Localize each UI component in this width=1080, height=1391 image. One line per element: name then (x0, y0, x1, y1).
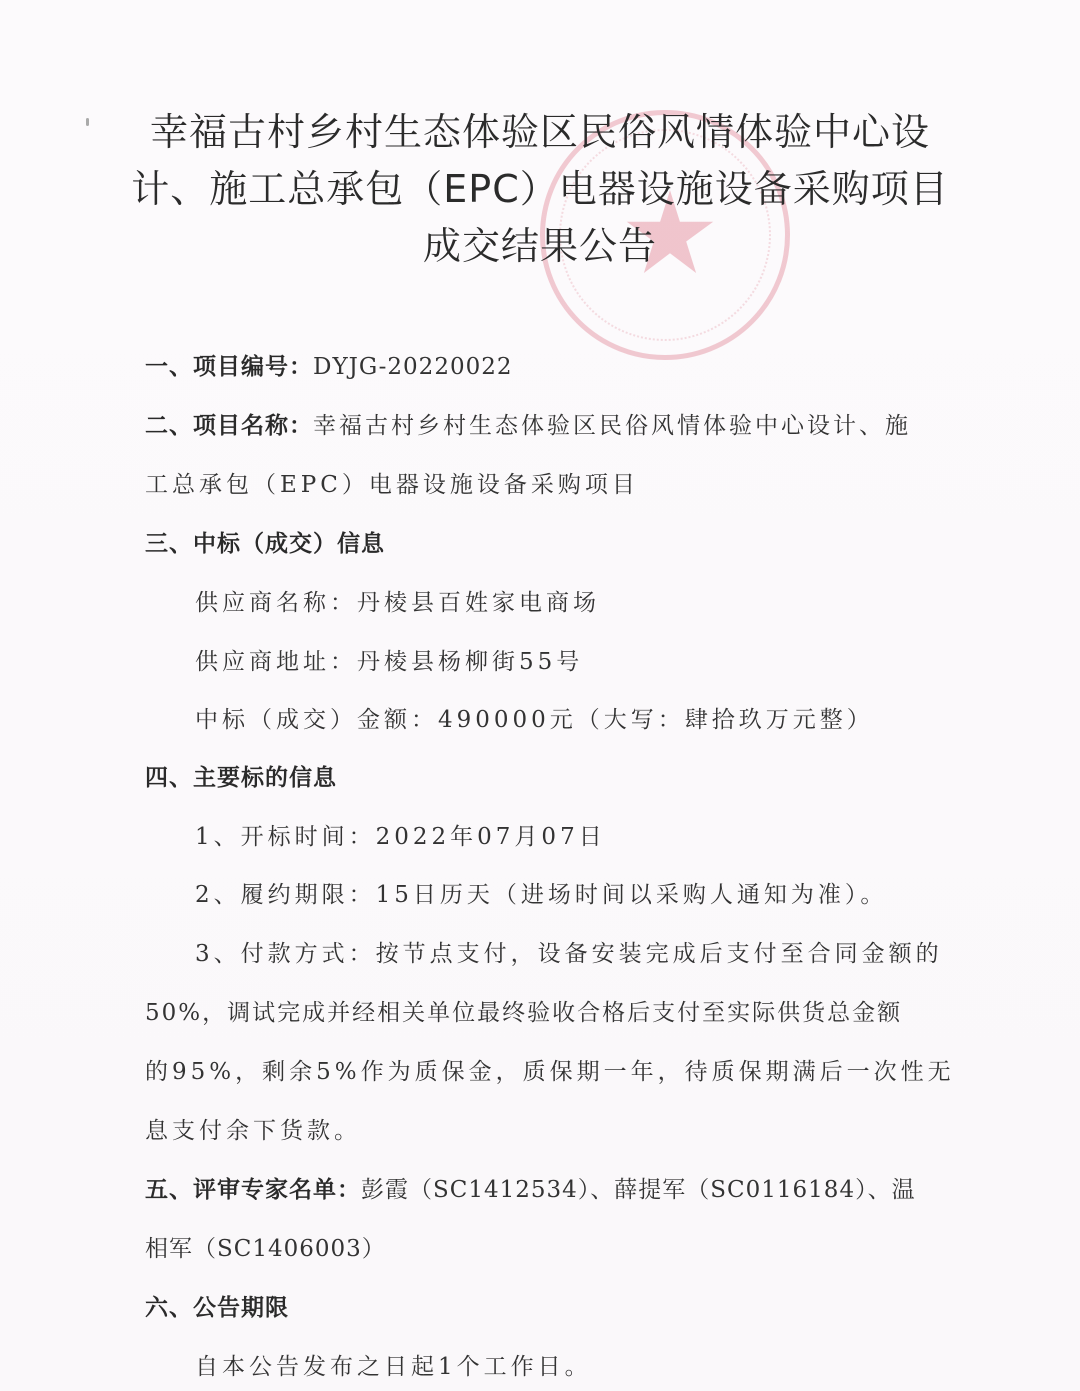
project-name-line-2: 工总承包（EPC）电器设施设备采购项目 (145, 470, 639, 500)
notice-period: 自本公告发布之日起1个工作日。 (195, 1352, 592, 1382)
expert-list-line-2: 相军（SC1406003） (145, 1234, 386, 1264)
supplier-name: 供应商名称：丹棱县百姓家电商场 (195, 588, 600, 618)
performance-period: 2、履约期限：15日历天（进场时间以采购人通知为准）。 (195, 880, 887, 910)
project-name-line-1: 幸福古村乡村生态体验区民俗风情体验中心设计、施 (313, 413, 911, 439)
section-heading: 三、中标（成交）信息 (145, 529, 385, 559)
title-line-1: 幸福古村乡村生态体验区民俗风情体验中心设 (120, 104, 960, 161)
project-number: DYJG-20220022 (313, 354, 512, 380)
payment-terms-line-4: 息支付余下货款。 (145, 1116, 361, 1146)
section-expert-list: 五、评审专家名单：彭霞（SC1412534）、薛提军（SC0116184）、温 (145, 1175, 916, 1205)
supplier-address: 供应商地址：丹棱县杨柳街55号 (195, 647, 583, 677)
bid-opening-time: 1、开标时间：2022年07月07日 (195, 822, 606, 852)
scan-speck (86, 118, 89, 126)
section-heading: 六、公告期限 (145, 1293, 289, 1323)
document-page: 幸福古村乡村生态体验区民俗风情体验中心设 计、施工总承包（EPC）电器设施设备采… (0, 0, 1080, 1391)
section-heading: 四、主要标的信息 (145, 763, 337, 793)
title-line-3: 成交结果公告 (120, 218, 960, 275)
section-project-number: 一、项目编号：DYJG-20220022 (145, 352, 512, 382)
award-amount: 中标（成交）金额：490000元（大写：肆拾玖万元整） (195, 705, 874, 735)
payment-terms-line-1: 3、付款方式：按节点支付，设备安装完成后支付至合同金额的 (195, 939, 943, 969)
payment-terms-line-2: 50%，调试完成并经相关单位最终验收合格后支付至实际供货总金额 (145, 998, 902, 1028)
section-project-name: 二、项目名称：幸福古村乡村生态体验区民俗风情体验中心设计、施 (145, 411, 911, 441)
payment-terms-line-3: 的95%，剩余5%作为质保金，质保期一年，待质保期满后一次性无 (145, 1057, 955, 1087)
expert-list-line-1: 彭霞（SC1412534）、薛提军（SC0116184）、温 (361, 1177, 916, 1203)
page-title: 幸福古村乡村生态体验区民俗风情体验中心设 计、施工总承包（EPC）电器设施设备采… (120, 104, 960, 275)
section-heading: 五、评审专家名单： (145, 1177, 361, 1203)
section-heading: 二、项目名称： (145, 413, 313, 439)
title-line-2: 计、施工总承包（EPC）电器设施设备采购项目 (120, 161, 960, 218)
section-heading: 一、项目编号： (145, 354, 313, 380)
